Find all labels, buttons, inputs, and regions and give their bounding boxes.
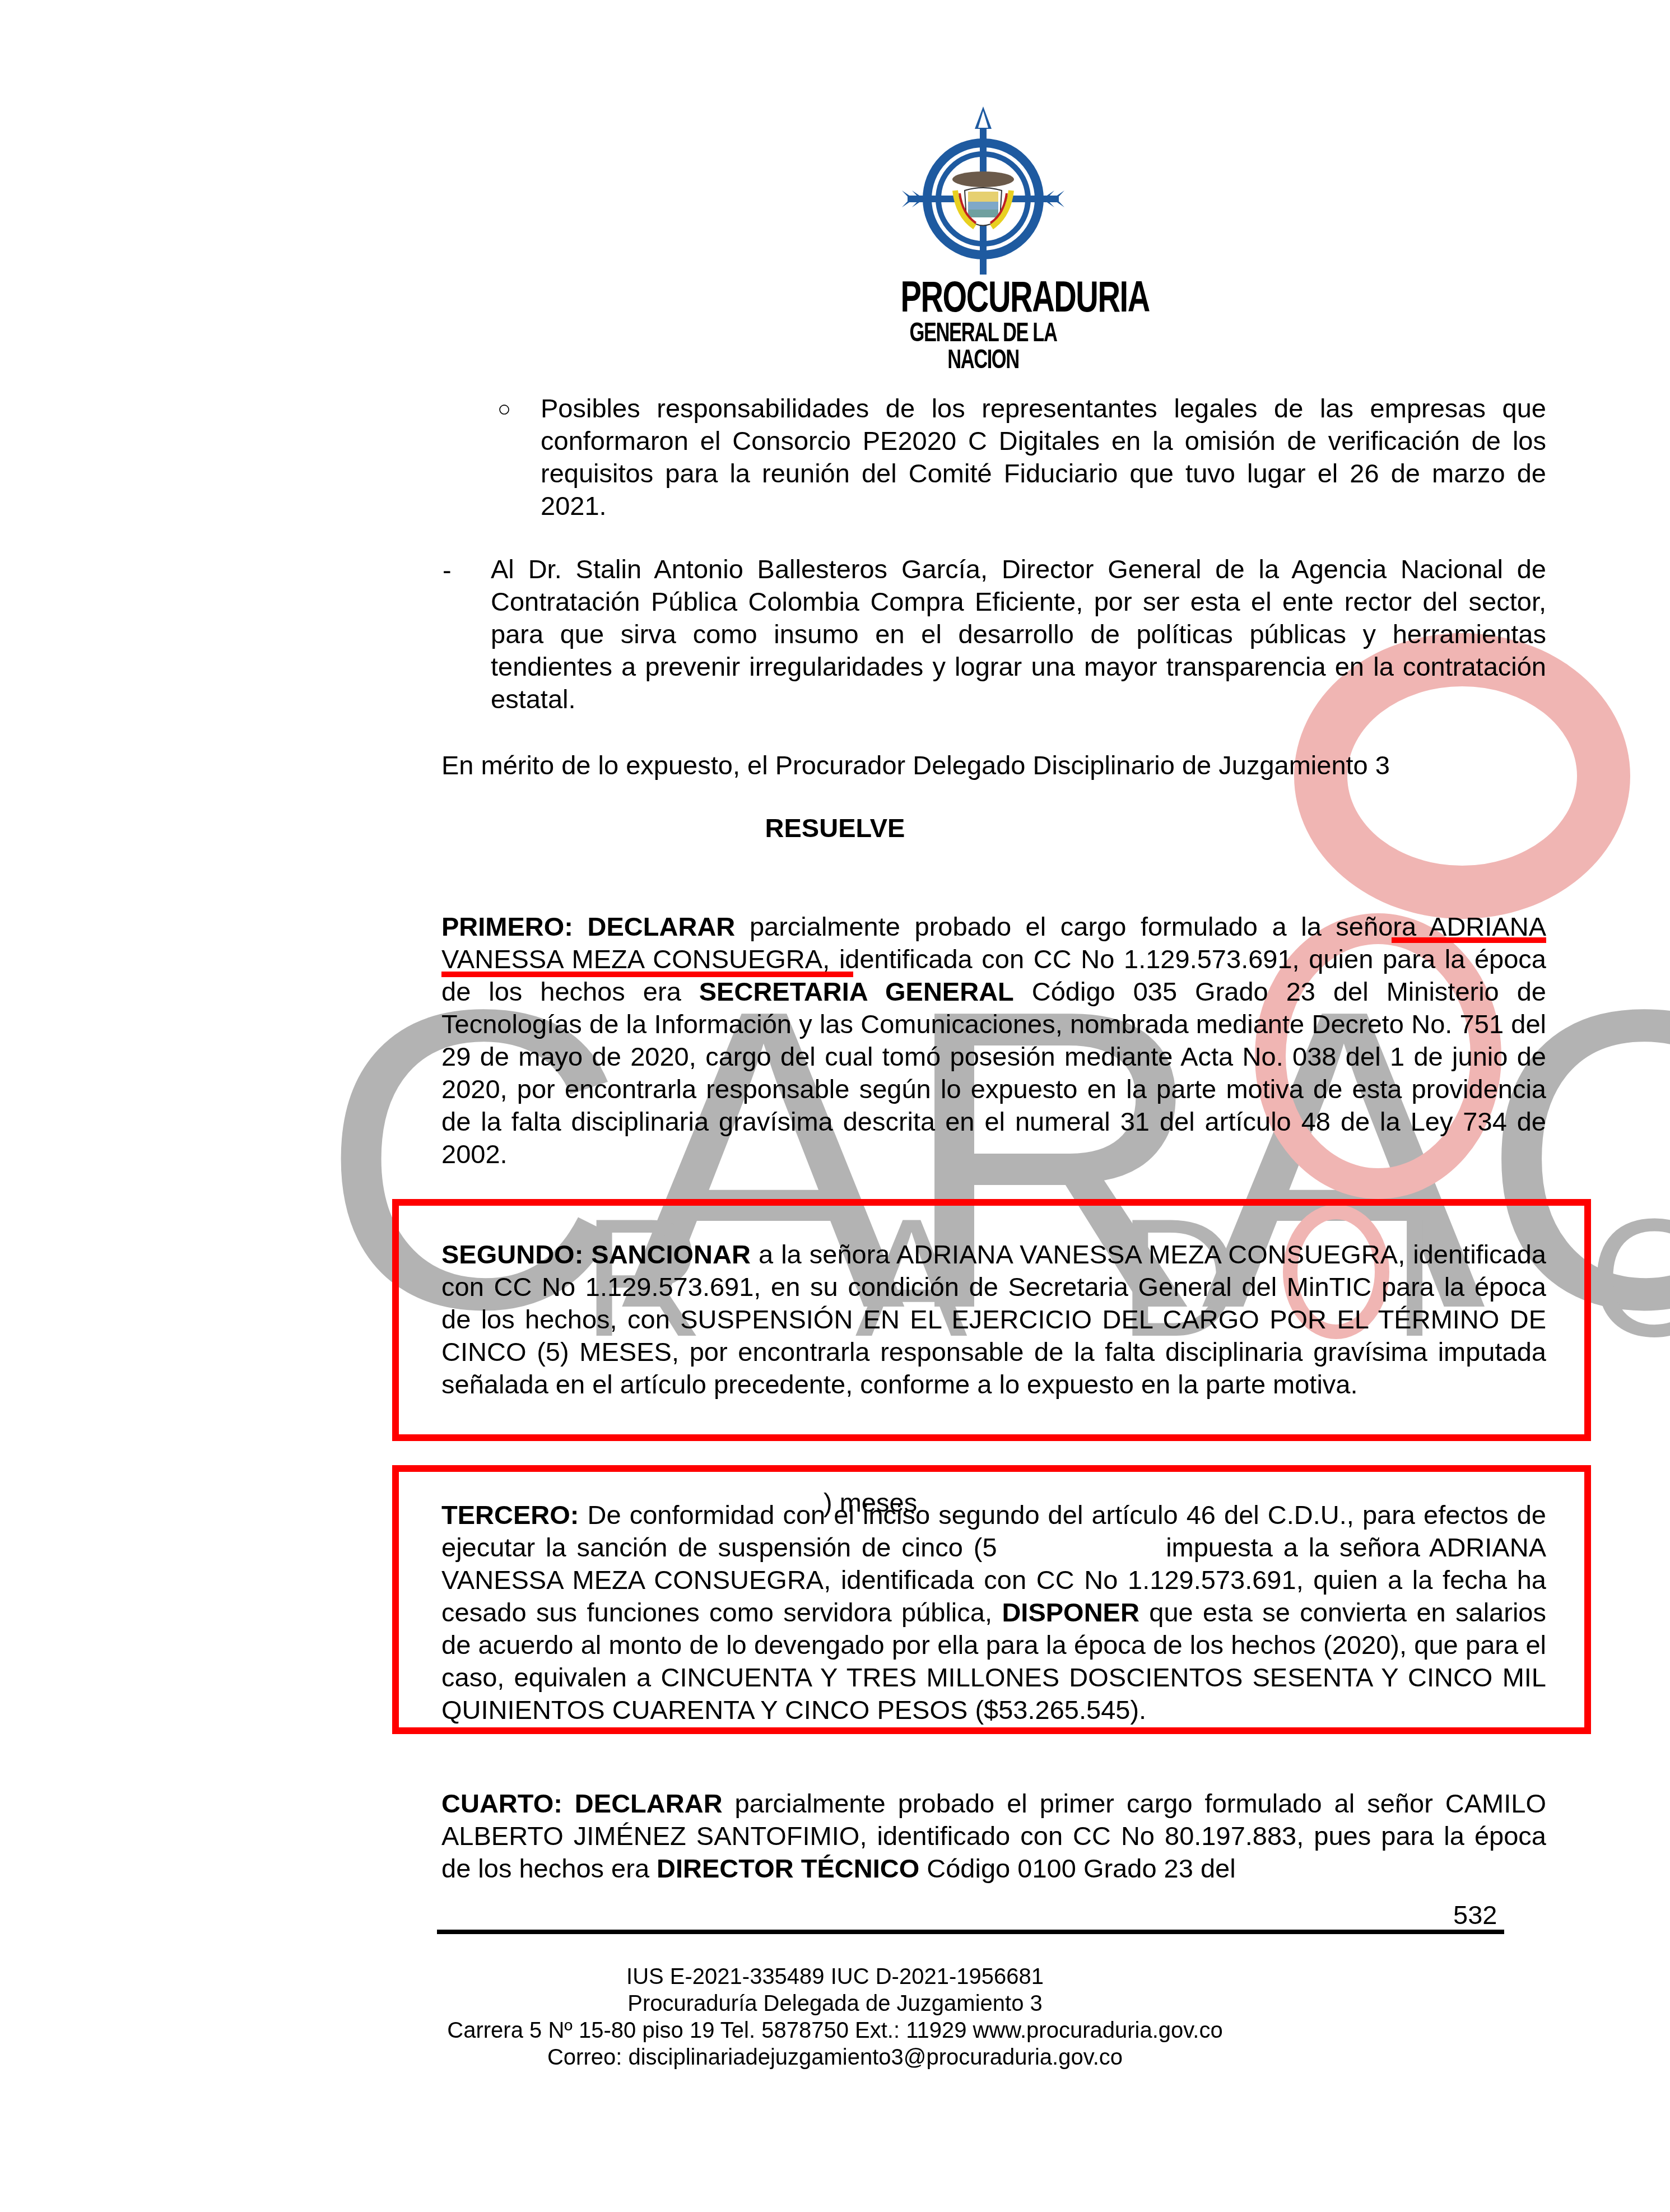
cuarto-role: DIRECTOR TÉCNICO xyxy=(657,1853,919,1883)
logo-line-2: GENERAL DE LA NACION xyxy=(900,319,1066,373)
dash-bullet-item: Al Dr. Stalin Antonio Ballesteros García… xyxy=(491,553,1546,715)
logo-title: PROCURADURIA GENERAL DE LA NACION xyxy=(925,275,1042,373)
article-segundo: SEGUNDO: SANCIONAR a la señora ADRIANA V… xyxy=(441,1238,1546,1401)
crosshair-emblem-icon xyxy=(902,106,1064,275)
article-primero: PRIMERO: DECLARAR parcialmente probado e… xyxy=(441,910,1546,1170)
page-footer: IUS E-2021-335489 IUC D-2021-1956681 Pro… xyxy=(0,1963,1670,2071)
tercero-gap xyxy=(997,1532,1166,1562)
hollow-bullet-icon: ○ xyxy=(497,397,511,422)
misplaced-meses-overlay: ) meses xyxy=(824,1487,917,1518)
resuelve-heading: RESUELVE xyxy=(0,812,1670,843)
segundo-label: SEGUNDO: xyxy=(441,1239,583,1269)
intro-paragraph: En mérito de lo expuesto, el Procurador … xyxy=(441,749,1546,782)
name-underline-highlight xyxy=(1392,937,1546,943)
primero-role: SECRETARIA GENERAL xyxy=(699,977,1014,1006)
footer-case-ids: IUS E-2021-335489 IUC D-2021-1956681 xyxy=(0,1963,1670,1990)
page-number: 532 xyxy=(1453,1899,1497,1930)
footer-office: Procuraduría Delegada de Juzgamiento 3 xyxy=(0,1990,1670,2017)
primero-label: PRIMERO: DECLARAR xyxy=(441,912,735,941)
segundo-action: SANCIONAR xyxy=(591,1239,751,1269)
sub-bullet-item: Posibles responsabilidades de los repres… xyxy=(541,392,1546,522)
cuarto-label: CUARTO: DECLARAR xyxy=(441,1788,723,1818)
name-underline-highlight xyxy=(441,972,853,977)
footer-divider xyxy=(437,1930,1504,1934)
document-page: PROCURADURIA GENERAL DE LA NACION CARACO… xyxy=(0,0,1670,2212)
tercero-label: TERCERO: xyxy=(441,1500,579,1530)
footer-email: Correo: disciplinariadejuzgamiento3@proc… xyxy=(0,2044,1670,2071)
dash-bullet-icon: - xyxy=(443,555,452,585)
cuarto-text-2: Código 0100 Grado 23 del xyxy=(919,1853,1235,1883)
article-tercero: TERCERO: De conformidad con el inciso se… xyxy=(441,1499,1546,1726)
footer-address: Carrera 5 Nº 15-80 piso 19 Tel. 5878750 … xyxy=(0,2017,1670,2044)
article-cuarto: CUARTO: DECLARAR parcialmente probado el… xyxy=(441,1787,1546,1885)
procuraduria-logo: PROCURADURIA GENERAL DE LA NACION xyxy=(902,106,1064,373)
primero-text-1: parcialmente probado el cargo formulado … xyxy=(735,912,1429,941)
logo-line-1: PROCURADURIA xyxy=(900,275,1066,318)
tercero-disponer: DISPONER xyxy=(1002,1597,1139,1627)
